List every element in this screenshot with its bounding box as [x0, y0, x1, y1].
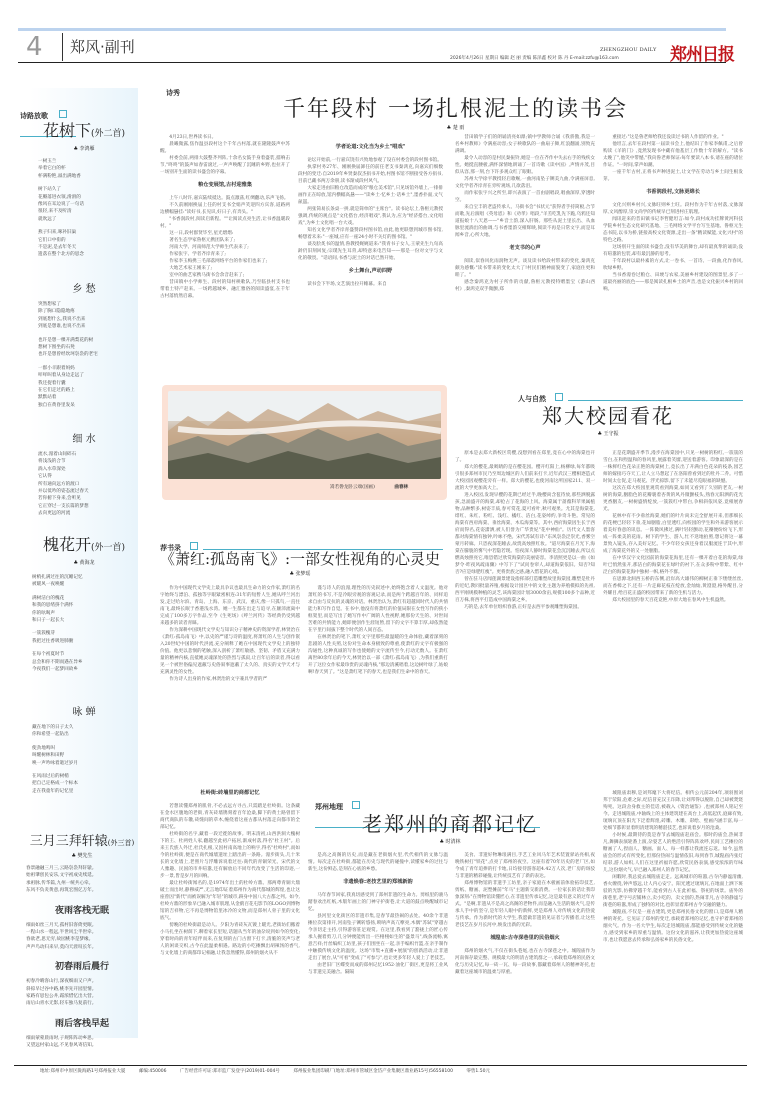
- paragraph: 进入校园,发现早樱的花期已经过半,晚樱尚含苞待放,那些洒脱露孩,急涌盛开的海棠,…: [455, 492, 595, 576]
- poem-stanza: 藏在地下的日子太久 你和希望一起钻出: [30, 724, 138, 739]
- poem-title: 三月三拜轩辕: [30, 834, 108, 849]
- byline: ♣ 王守振: [455, 430, 761, 437]
- paragraph: 作家李玉梅携三毛部落网络平台的作家们也来了;: [160, 258, 290, 265]
- paragraph: 闻讯赶来的昔田镇书记李哲健坦言:如今,段村成功挂牌黄河科技学院乡村生态文化研究基…: [603, 216, 743, 244]
- subheading: 老支书的心声: [455, 245, 595, 252]
- poem-stanza: 树梢扎满过往的沉睡记忆 被暖风一夜唤醒: [30, 574, 138, 589]
- paragraph: 作家张宇、学者齐岸青来了;: [160, 251, 290, 258]
- paragraph: 感念秦鸿克为村子所作的贡献,鲁枢元教授特赠墨宝《游山西村》,秦鸿克双手微颤,郑: [455, 279, 595, 293]
- poem-yong-chan: 咏 蝉 藏在地下的日子太久 你和希望一起钻出 使劲地鸣叫 叫醒树林和田野 唤一声…: [30, 703, 138, 795]
- paragraph: 重接过:"这是鲁老师给我还没读过书的人作留的作业。": [603, 134, 743, 141]
- paragraph: 县河里文化街区的非遗市集,是春节最热闹的去处。40余个非遗摊位次第排开,河南坠子…: [308, 913, 448, 962]
- page-number: 4: [26, 32, 43, 62]
- poem-xiang-chou: 乡 愁 突然想家了 除了胸口隐隐地疼 到底想什么,我说不出来 到底是想谁,也说不…: [30, 280, 138, 409]
- poem-stanza: 春景融融三月三,云路袅袅拜轩辕。 始祖肇创民安乐,文字初成史续延。 承祖脉,传华…: [26, 865, 138, 895]
- poem-stanza: 细雨蒙蒙晨雨时,子规阵阵动乡思。 又望远村家山远,不见春风寄信知。: [26, 1035, 138, 1050]
- paragraph: 郑州博物馆的非遗手工坊里,亲子家庭在木板画前体验拓印技艺,剪纸、糖画、泥塑摊前"…: [455, 880, 595, 929]
- footer: 地址:郑州市中原区陇海路1号郑州报业大厦 邮编:450006 广告经营许可证:郑…: [40, 1068, 502, 1074]
- poem-stanza: 细雨如丝三月天,孤村旧客倚更眠。 一程山水一程远,半世风尘半世牵。 春欲老,思无…: [26, 922, 138, 952]
- poem-title: 雨后客栈早起: [26, 1016, 138, 1029]
- footer-ad-license: 广告经营许可证:郑市监广发登字(2019)01-004号: [180, 1069, 280, 1074]
- paragraph: 这场别开生面的读书盛会,没有华美的舞台,却有最真挚的诵读;没有喧嚣的包装,却有最…: [603, 244, 743, 258]
- poem-huai-hua-kai: 槐花开(外一首) ♣ 黄海龙 树梢扎满过往的沉睡记忆 被暖风一夜唤醒 满树洁白的…: [30, 532, 138, 673]
- header-rule: [18, 62, 726, 63]
- subheading: 粮仓变展馆,古村迎雅集: [160, 182, 290, 189]
- header-band: [363, 28, 726, 31]
- paragraph: 上午八时许,嘉宾陆续抵达。鼓点激荡,红绸翻动,乐声飞扬。: [160, 195, 290, 202]
- subheading: 杜岭街:砖墙里的商都记忆: [160, 790, 300, 797]
- paragraph: 城隍庙,不仅是一座古建筑,更是郑州民俗文化的窗口,是郑州人精神的寄托。它见证了郑…: [603, 909, 743, 944]
- paragraph: 这次在郑大校园里观赏看到海棠,如同又看到了久别的老友,一树树的海棠,胭脂色的花瓣…: [603, 485, 743, 513]
- poem-title-suffix: (外一首): [91, 543, 125, 553]
- article-column: 作为中国现代文学史上最具争议也最具生命力的女作家,萧红的名字始终与漂泊、孤独等字…: [160, 585, 300, 683]
- paragraph: 河南大学、河南师范大学师生代表来了;: [160, 244, 290, 251]
- poem-stanza: 在风雨过后的树梢 把自己定格成一个标本 走在我童年的记忆里: [30, 773, 138, 795]
- paragraph: 不久前刚刚换届上任的村支书全娟声笑迎四方宾客,道路两边横幅悬挂:"读好书,长见识…: [160, 202, 290, 216]
- paragraph: 千年段村以最朴素的方式,让一卷书、一首诗、一段曲,化作春风,吹绿乡野。: [603, 258, 743, 272]
- painting-caption: 嵩若磐龙卧云端(国画) 曲春林: [330, 484, 408, 490]
- article-column: 4月23日,世界读书日。 晨曦微露,焦作温县段村这个千年古村落,就在隆隆鼓声中苏…: [160, 134, 290, 300]
- paragraph: 在林贤治的笔下,萧红文字里那些最温暖的生命体验,藏着深刻的悲剧的人性关照,这份对…: [308, 634, 448, 676]
- poem-title: 初春雨后晨行: [26, 959, 138, 972]
- footer-printer: 郑州报业集团印刷厂(地址:郑州市管城区金岱产业集聚区鼎业路15号)5655810…: [293, 1069, 453, 1074]
- paragraph: 大地艺术家王刚来了;: [160, 265, 290, 272]
- poem-stanza: 一群小羊跟着妈妈 咩咩叫着从身边走远了 我还捉着行囊 在它们走过的路上 默默站着…: [30, 365, 138, 409]
- poem-author: ♣ 樊先生: [26, 852, 138, 859]
- poem-stanza: 一树玉兰 举着它白的杯 杯满粉艳,溢出满地香: [30, 158, 138, 180]
- paragraph: 马年春节回家,我真切感受到了郑州非遗的生命力。剪纸里的骏马踏春欢出红纸,木版年画…: [308, 892, 448, 913]
- paragraph: 杜岭街的名字,藏着一段迁徙的故事。明末清初,山西洪洞大槐树下的王、杜两姓人家,翻…: [160, 831, 300, 880]
- article-column: 美食、非遗好物琳琅满目,手艺工业风马年艺术装置驿站亮相,夜晚铁树打"铁花",点亮…: [455, 852, 595, 976]
- article-column: 昔田镇学子们的朗诵清亮如瀑;镇中学教师合诵《我骄傲,我是一名乡村教师》令满座动容…: [455, 134, 595, 293]
- paragraph: 郑大的樱花,最吸睛的是在樱花园。樱开红阳上,杨柳绿,每年都吸引很多郑州市民乃至周…: [455, 464, 595, 492]
- poem-title: 槐花开: [43, 535, 91, 554]
- paragraph: 而作家张宇兴之所至,即兴表演了一首由剧唱段,唱曲深厚,穿透时空。: [455, 190, 595, 204]
- subheading: 书香润段村,文脉更绵长: [603, 189, 743, 196]
- paragraph: 由老旧厂区蝶变而成的郑州记忆1952·油化厂街区,更是将工业风与非遗完美融合。隔…: [308, 962, 448, 976]
- poem-title: 乡 愁: [30, 280, 138, 295]
- paragraph: 4月23日,世界读书日。: [160, 134, 290, 141]
- article-column: 正是花期盛开季节,漫步在海棠园中,只见一树树的粉红,一簇簇的雪白,在和煦温和的春…: [603, 450, 743, 604]
- poem-stanza: 树下站久了 花瓣落进衣领,滑滑的 像风在耳边说了一句话 很轻,来不及听清 就吹远…: [30, 186, 138, 223]
- footer-postcode: 邮编:450006: [139, 1069, 167, 1074]
- poem-stanza: 一簇簇槐芽 我把过往香吸进肺腑: [30, 630, 138, 645]
- poem-stanza: 使劲地鸣叫 叫醒树林和田野 唤一声吟咏着逝过岁月: [30, 745, 138, 767]
- poem-san-yue-san: 三月三拜轩辕(外三首) ♣ 樊先生 春景融融三月三,云路袅袅拜轩辕。 始祖肇创民…: [26, 830, 138, 1050]
- paragraph: 曾在驻马店闻莲湖景建设指挥部打造雕塑故里海棠园,雕塑是牡丹的近纪,教同批量养殖,…: [455, 576, 595, 604]
- paragraph: 作为深耕中国现代文学史与知识分子精神史的资深学者,林贤治在《萧红:孤岛南飞》中,…: [160, 627, 300, 676]
- paragraph: 在思源北洞西玉桥的东侧,沿岸高大雄伟的柳树正垂下缕缕丝丝,而在香樟之下,还有一片…: [603, 576, 743, 597]
- paragraph: 村委会前,两排大鼓整齐列阵,十余名女鼓手身着盛装,擂响击节,"咚咚"的鼓声如春雷…: [160, 155, 290, 176]
- paragraph: 知名文化学者齐岸青盛赞段村图书馆,由此,他更联想到城市图书馆,畅想着未来:"一座…: [298, 227, 443, 241]
- headline: 郑大校园看花: [455, 400, 761, 429]
- paragraph: 巧的是,去年单位组织春游,正好是去西平参观雕塑海棠园。: [455, 604, 595, 611]
- article-column: 城隍庙肃穆,是刘邦麾下大将纪信。相传公元前204年,项羽围刘邦于荥阳,危难之际,…: [603, 790, 743, 944]
- poem-title-suffix: (外二首): [91, 129, 125, 139]
- poem-stanza: 在每个初夏时节 总会和你不期而遇在异乡 今夜我们一起梦回故乡: [30, 651, 138, 673]
- byline: ♣ 时清林: [305, 838, 595, 845]
- paragraph: 原本是去郑大新校区赏樱,没想到看在郑里,竟在心中的海棠也开了。: [455, 450, 595, 464]
- paragraph: 美食、非遗好物琳琅满目,手艺工业风马年艺术装置驿站亮相,夜晚铁树打"铁花",点亮…: [455, 852, 595, 880]
- poem-stanza: 也许是想一棵开满梨花的树 想树下围坐的石凳 也许是想曾经坎坷袅袅的老宅: [30, 337, 138, 359]
- paragraph: 读书会下半场,文艺演出拉开帷幕。来自: [298, 281, 443, 288]
- footer-address: 地址:郑州市中原区陇海路1号郑州报业大厦: [40, 1069, 125, 1074]
- poem-xi-shui: 细 水 流水,漫着山间碎石 将浅浅的合节 淌入水草深处 它认得 所有通向远方的渡…: [30, 430, 138, 518]
- poem-stanza: 燕子归来,啄补旧巢 它们口中衔的 不是泥,是去年冬天 遗落在整个北方的思念: [30, 229, 138, 259]
- newspaper-name-en: ZHENGZHOU DAILY: [600, 47, 657, 53]
- paragraph: 著名生态学家鲁枢元携团队来了;: [160, 237, 290, 244]
- article-column: 是高之高阁的历史,而是藏在老街烟火里,代代相传的文脉与温情。每次走在杜岭街,都能…: [308, 852, 448, 976]
- paragraph: 这一日,段村群贤毕至,星光熠熠:: [160, 230, 290, 237]
- subheading: 城隍庙:古寺深巷里的民俗烟火: [455, 935, 595, 942]
- paragraph: 傍晚的杜岭街最是动人。夕阳为青砖灰瓦镀上暖光,老街坊们搬着小马扎坐在树荫下,聊着…: [160, 922, 300, 957]
- divider: [62, 33, 63, 61]
- paragraph: 阅读,似春风化雨润物无声。谈及读书给段村带来的变化,秦鸿克颇为感慨:"读书带来的…: [455, 258, 595, 279]
- article-column: 重接过:"这是鲁老师给我还没读过书的人作留的作业。" 他坦言,去年在段村第一届读…: [603, 134, 743, 293]
- subheading: 乡土舞台,声动四野: [298, 268, 443, 275]
- section-name: 郑风·副刊: [70, 36, 135, 57]
- headline: 老郑州的商都记忆: [305, 808, 595, 837]
- paragraph: 两张简易长条桌一拼,就是简单的"主席台"。读书论坛上,鲁枢元教授强调,传统的观点…: [298, 206, 443, 227]
- paragraph: 谨与诗人的浪漫,理性的历史叙述中,始终饱含着人文温度。他对萧红的书写,不是冷眼旁…: [308, 585, 448, 634]
- paragraph: 大家走进由旧粮仓改造而成的"粮仓美术馆",只见场馆外墙上,一排排画作正在晾放,馆…: [298, 185, 443, 206]
- subheading: 非遗焕春:老技艺里的郑城新韵: [308, 879, 448, 886]
- paragraph: 郑大校园里的春天百花竞艳,中原大地在春风中生机盎然。: [603, 597, 743, 604]
- landscape-painting: [168, 391, 441, 479]
- paragraph: 谈及脍炙书的温情,鲁教授娓娓道来:"我青书子女人,王蒙先生九旬高龄仍旧刻回复;宗…: [298, 241, 443, 262]
- dateline: 2026年4月26日 星期日 编辑 赵 丽 责编 陈泽鑫 校对 陈 丹 E-ma…: [450, 55, 619, 61]
- paragraph: 来自宝丰的老盗传承人、马街书会"书状元"获得者手持简板,合节而歌,先后演唱《英母…: [455, 204, 595, 239]
- article-column: 杜岭街:砖墙里的商都记忆 若想读懂郑州的肌骨,不必去远方寻古,只需踏足杜岭街。这…: [160, 790, 300, 957]
- paragraph: 他坦言,去年在段村第一届读书会上,他结识了作家李佩甫,之后曾购读《羊的门》,竟然…: [603, 141, 743, 169]
- article-column: 学者论道:文化当为乡土"唱戏" 论坛开始前,一行嘉宾饶有兴致地参观了设在村委会的…: [298, 138, 443, 288]
- paragraph: 小时候,最期待的莫是春节去城隍庙赶庙会。那时的庙会,热闹非凡,舞狮表演轮番上演,…: [603, 832, 743, 874]
- byline: ♣ 张梦瑶: [150, 570, 450, 577]
- square-icon: [59, 110, 67, 118]
- poem-hua-shu-xia: 花树下(外二首) ♣ 李鸿雁 一树玉兰 举着它白的杯 杯满粉艳,溢出满地香 树下…: [30, 118, 138, 259]
- article-column: 谨与诗人的浪漫,理性的历史叙述中,始终饱含着人文温度。他对萧红的书写,不是冷眼旁…: [308, 585, 448, 676]
- paragraph: 晨曦微露,焦作温县段村这个千年古村落,就在隆隆鼓声中苏醒。: [160, 141, 290, 155]
- paragraph: 一座千年古村,正将书声种进泥土,让文学在劳动与乡土间生根发芽。: [603, 169, 743, 183]
- poem-title: 咏 蝉: [30, 703, 138, 718]
- paragraph: 正是花期盛开季节,漫步在海棠园中,只见一树树的粉红,一簇簇的雪白,在和煦温和的春…: [603, 450, 743, 485]
- paragraph: 苏州大学徐平教授轻启歌喉,一曲河南坠子铡美九曲,令满座屏息,文化学者齐岸青在旁听…: [455, 176, 595, 190]
- headline: 《萧红:孤岛南飞》:一部女性视角的心灵史: [150, 548, 450, 569]
- paragraph: 昔田镇中小学师生、段村的知村秧歌队,乃至临县村支书也带着土特产赶来。一场跨越城乡…: [160, 279, 290, 300]
- paragraph: 室中的曲艺家携马街书会余音赶来了;: [160, 272, 290, 279]
- poem-stanza: 突然想家了 除了胸口隐隐地疼 到底想什么,我说不出来 到底是想谁,也说不出来: [30, 301, 138, 331]
- paragraph: 作为诗人出身的作家,林贤治的文字兼具学者的严: [160, 676, 300, 683]
- paragraph: "书香润段村,阅读启新程。""让阅读点亮生活,让书香温暖段村。": [160, 216, 290, 230]
- painting-title: 嵩若磐龙卧云端(国画): [330, 485, 375, 490]
- paragraph: 在中华汉字文化园前的海棠花海里,还有一棵开着白花的海棠,绿叶已悄然张开,那洁白的…: [603, 555, 743, 576]
- footer-rule: [14, 1065, 747, 1066]
- paragraph: 执掌村务27年、刚刚换届卸任的前任老支书秦鸿克,向嘉宾们细数段村的变迁:自201…: [298, 164, 443, 185]
- headline: 千年段村 一场扎根泥土的读书会: [150, 92, 761, 123]
- poem-stanza: 流水,漫着山间碎石 将浅浅的合节 淌入水草深处 它认得 所有通向远方的渡口 并以…: [30, 451, 138, 518]
- poem-stanza: 满树洁白的槐花 和我的思绪挤个满怀 你的吆喝声 和日子一起长大: [30, 595, 138, 625]
- painting-artist: 曲春林: [394, 485, 408, 490]
- paragraph: 作为中国现代文学史上最具争议也最具生命力的女作家,萧红的名字始终与漂泊、孤独等字…: [160, 585, 300, 627]
- paragraph: 最让杜岭街闻名的,是1974年出土的杜岭方鼎。那两尊青铜大鼎破土而出时,静穆威严…: [160, 880, 300, 922]
- poem-author: ♣ 李鸿雁: [30, 145, 138, 152]
- paragraph: 昔田镇学子们的朗诵清亮如瀑;镇中学教师合诵《我骄傲,我是一名乡村教师》令满座动容…: [455, 134, 595, 155]
- poem-title: 夜雨客栈无眠: [26, 903, 138, 916]
- mountain-landscape-icon: [168, 391, 441, 479]
- footer-price: 零售1.50元: [466, 1069, 490, 1074]
- subheading: 学者论道:文化当为乡土"唱戏": [298, 144, 443, 151]
- paragraph: 最令人动容的是村民秦振铃,她是一位在齐作中失去右手的残疾女性。她挺直腰板,满怀深…: [455, 155, 595, 176]
- poem-title: 花树下: [43, 121, 91, 140]
- paragraph: 文化兴则乡村兴,文脉旺则乡土旺。段村作为千年古村落,文脉深厚,文风醇厚,崇文尚学…: [603, 202, 743, 216]
- poem-stanza: 初春冷晴客山行,深夜细雨又户声。 斜掠早过谷中路,桃李先开园里情。 家路有思包公…: [26, 978, 138, 1008]
- paragraph: 若想读懂郑州的肌骨,不必去远方寻古,只需踏足杜岭街。这条藏在金水区腹地的老街,青…: [160, 803, 300, 831]
- paragraph: 是高之高阁的历史,而是藏在老街烟火里,代代相传的文脉与温情。每次走在杜岭街,都能…: [308, 852, 448, 873]
- paragraph: 城隍庙肃穆,是刘邦麾下大将纪信。相传公元前204年,项羽围刘邦于荥阳,危难之际,…: [603, 790, 743, 832]
- header-band: [18, 28, 363, 31]
- byline: ♣ 楚 雨: [150, 124, 761, 131]
- poem-title: 细 水: [30, 430, 138, 445]
- paragraph: 闲暇时,我总爱去城隍庙走走。远离城市的喧嚣,古寺内静谧清幽,香火缭绕,钟声悠远,…: [603, 874, 743, 909]
- paragraph: 论坛开始前,一行嘉宾饶有兴致地参观了设在村委会的段村图书馆。: [298, 157, 443, 164]
- paragraph: 花林中有不少垂丝海棠,她们的叶片尚未完全舒展开来,但那细长的花梗已轻轻下垂,花如…: [603, 513, 743, 555]
- article-column: 原本是去郑大新校区赏樱,没想到看在郑里,竟在心中的海棠也开了。 郑大的樱花,最吸…: [455, 450, 595, 611]
- paragraph: 当书香漫卷过粮仓、田埂与农家,美丽乡村建设的图景里,多了一道最亮丽的底色——那是…: [603, 272, 743, 293]
- poem-title-suffix: (外三首): [108, 839, 134, 847]
- poem-author: ♣ 黄海龙: [30, 559, 138, 566]
- paragraph: 郑州的烟火气,不仅在街头巷尾,也在古寺深巷之中。城隍庙作为河南保存最完整、规模最…: [455, 948, 595, 976]
